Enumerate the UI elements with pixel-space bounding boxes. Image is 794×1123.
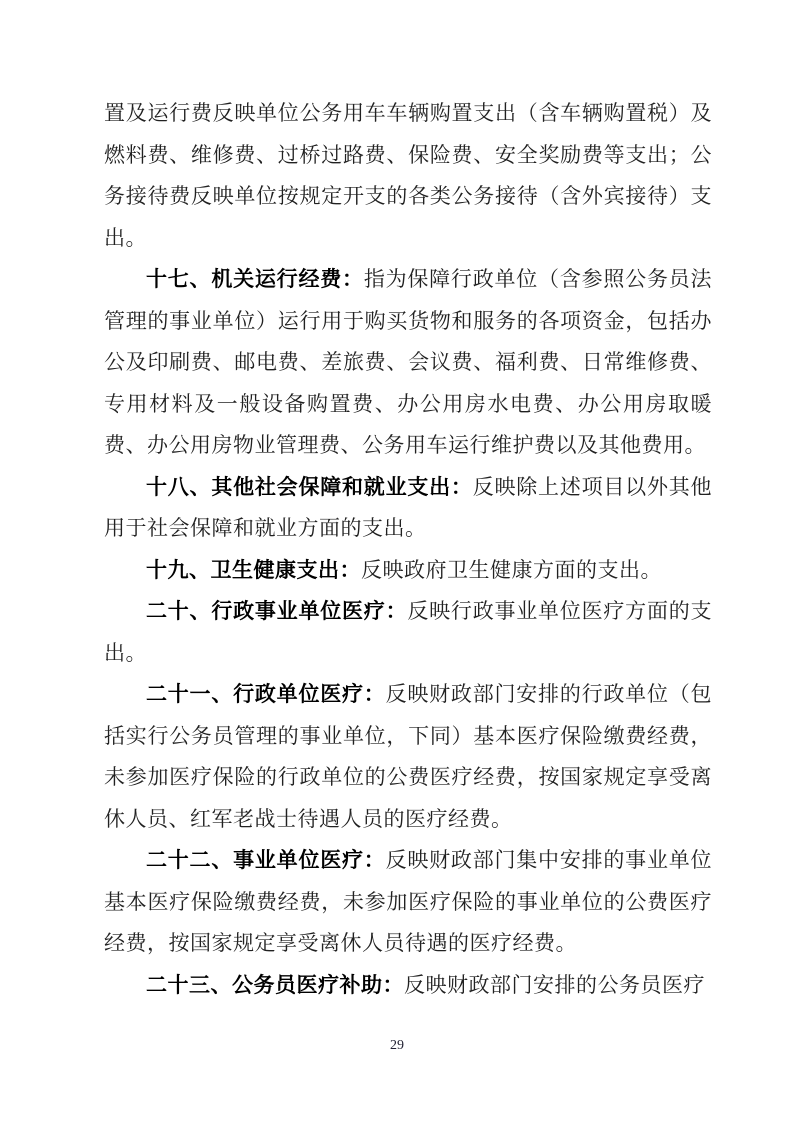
paragraph-18-other-social-security: 十八、其他社会保障和就业支出：反映除上述项目以外其他用于社会保障和就业方面的支出…	[104, 467, 712, 550]
paragraph-19-health-expenditure: 十九、卫生健康支出：反映政府卫生健康方面的支出。	[104, 550, 712, 592]
paragraph-lead: 二十三、公务员医疗补助：	[146, 973, 404, 997]
document-page: 置及运行费反映单位公务用车车辆购置支出（含车辆购置税）及燃料费、维修费、过桥过路…	[0, 0, 794, 1123]
paragraph-lead: 二十二、事业单位医疗：	[146, 848, 386, 872]
paragraph-20-admin-institution-medical: 二十、行政事业单位医疗：反映行政事业单位医疗方面的支出。	[104, 591, 712, 674]
paragraph-text: 置及运行费反映单位公务用车车辆购置支出（含车辆购置税）及燃料费、维修费、过桥过路…	[104, 101, 712, 250]
paragraph-23-civil-servant-medical-subsidy: 二十三、公务员医疗补助：反映财政部门安排的公务员医疗	[104, 965, 712, 1007]
paragraph-17-agency-operating-funds: 十七、机关运行经费：指为保障行政单位（含参照公务员法管理的事业单位）运行用于购买…	[104, 259, 712, 467]
page-number: 29	[0, 1038, 794, 1054]
paragraph-text: 反映财政部门安排的公务员医疗	[404, 973, 705, 997]
paragraph-lead: 二十、行政事业单位医疗：	[146, 599, 407, 623]
document-body: 置及运行费反映单位公务用车车辆购置支出（含车辆购置税）及燃料费、维修费、过桥过路…	[104, 93, 712, 1006]
paragraph-lead: 十七、机关运行经费：	[146, 267, 364, 291]
paragraph-21-admin-unit-medical: 二十一、行政单位医疗：反映财政部门安排的行政单位（包括实行公务员管理的事业单位，…	[104, 674, 712, 840]
paragraph-lead: 十九、卫生健康支出：	[146, 558, 361, 582]
paragraph-lead: 十八、其他社会保障和就业支出：	[146, 475, 473, 499]
paragraph-car-expense-continuation: 置及运行费反映单位公务用车车辆购置支出（含车辆购置税）及燃料费、维修费、过桥过路…	[104, 93, 712, 259]
paragraph-text: 反映政府卫生健康方面的支出。	[361, 558, 662, 582]
paragraph-22-public-institution-medical: 二十二、事业单位医疗：反映财政部门集中安排的事业单位基本医疗保险缴费经费，未参加…	[104, 840, 712, 965]
paragraph-text: 指为保障行政单位（含参照公务员法管理的事业单位）运行用于购买货物和服务的各项资金…	[104, 267, 712, 457]
paragraph-lead: 二十一、行政单位医疗：	[146, 682, 386, 706]
